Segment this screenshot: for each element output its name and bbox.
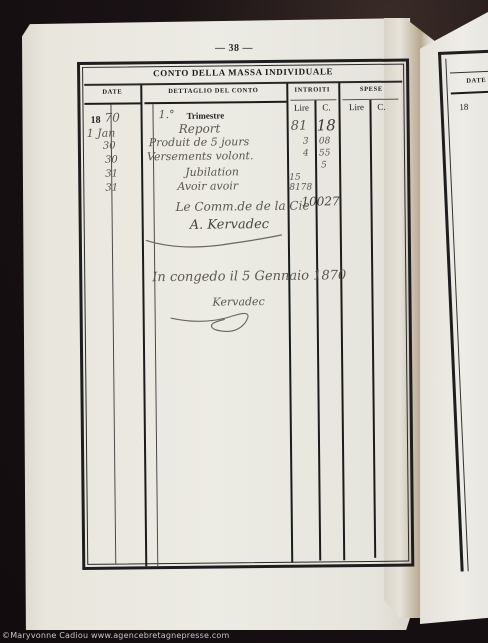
- section-number: 1.°: [158, 108, 174, 121]
- signature-flourish-1: [142, 229, 292, 253]
- row-2-cents: 08: [319, 136, 331, 146]
- header-expenses-cents: C.: [370, 102, 392, 112]
- right-header-date: DATE: [456, 76, 488, 85]
- header-rule-detail: [144, 101, 286, 104]
- signoff-line: Le Comm.de de la Cie: [175, 199, 309, 214]
- column-divider-expenses-cents: [369, 100, 376, 558]
- header-income-cents: C.: [315, 102, 337, 112]
- row-2-lire: 3: [303, 137, 309, 147]
- table-title: CONTO DELLA MASSA INDIVIDUALE: [80, 66, 406, 79]
- row-4-date: 31: [105, 169, 118, 180]
- closing-note: In congedo il 5 Gennaio 1870: [152, 268, 346, 285]
- column-guide-detail: [152, 104, 158, 566]
- header-income: INTROITI: [286, 86, 338, 94]
- page-number: — 38 —: [215, 43, 253, 54]
- header-rule-date: [84, 102, 140, 105]
- row-2-date: 30: [103, 141, 116, 152]
- column-divider-income: [286, 83, 293, 563]
- header-detail: DETTAGLIO DEL CONTO: [140, 87, 286, 96]
- row-1-date: 1 Jan: [87, 127, 116, 140]
- row-3-lire: 4: [303, 149, 309, 159]
- right-year-prefix: 18: [459, 102, 468, 112]
- year-prefix: 18: [91, 115, 101, 126]
- header-expenses: SPESE: [338, 86, 404, 94]
- row-3-detail: Versements volont.: [147, 149, 254, 163]
- signoff-total: 10027: [301, 194, 339, 208]
- ledger-table: CONTO DELLA MASSA INDIVIDUALE DATE DETTA…: [77, 59, 414, 570]
- row-3-cents: 55: [319, 148, 331, 158]
- header-income-lire: Lire: [287, 103, 315, 113]
- row-4-cents: 5: [321, 160, 327, 170]
- row-1-detail: Report: [179, 122, 221, 136]
- signature-flourish-2: [165, 303, 275, 344]
- header-rule-income: [290, 99, 336, 100]
- row-1-cents: 18: [317, 116, 336, 134]
- year-handwritten: 70: [105, 111, 120, 125]
- row-3-date: 30: [105, 155, 118, 166]
- column-divider-expenses: [338, 82, 345, 560]
- photo-credit: ©Maryvonne Cadiou www.agencebretagnepres…: [2, 631, 230, 640]
- row-1-lire: 81: [291, 119, 308, 134]
- row-2-detail: Produit de 5 jours: [149, 135, 250, 149]
- row-4-detail: Jubilation: [185, 165, 239, 179]
- row-5-lire: 15: [289, 173, 301, 183]
- header-date: DATE: [84, 88, 140, 96]
- section-label: Trimestre: [187, 110, 225, 120]
- row-5-date: 31: [105, 183, 118, 194]
- row-6-lire: 8178: [289, 183, 312, 193]
- header-expenses-lire: Lire: [342, 102, 370, 112]
- row-5-detail: Avoir avoir: [177, 179, 238, 193]
